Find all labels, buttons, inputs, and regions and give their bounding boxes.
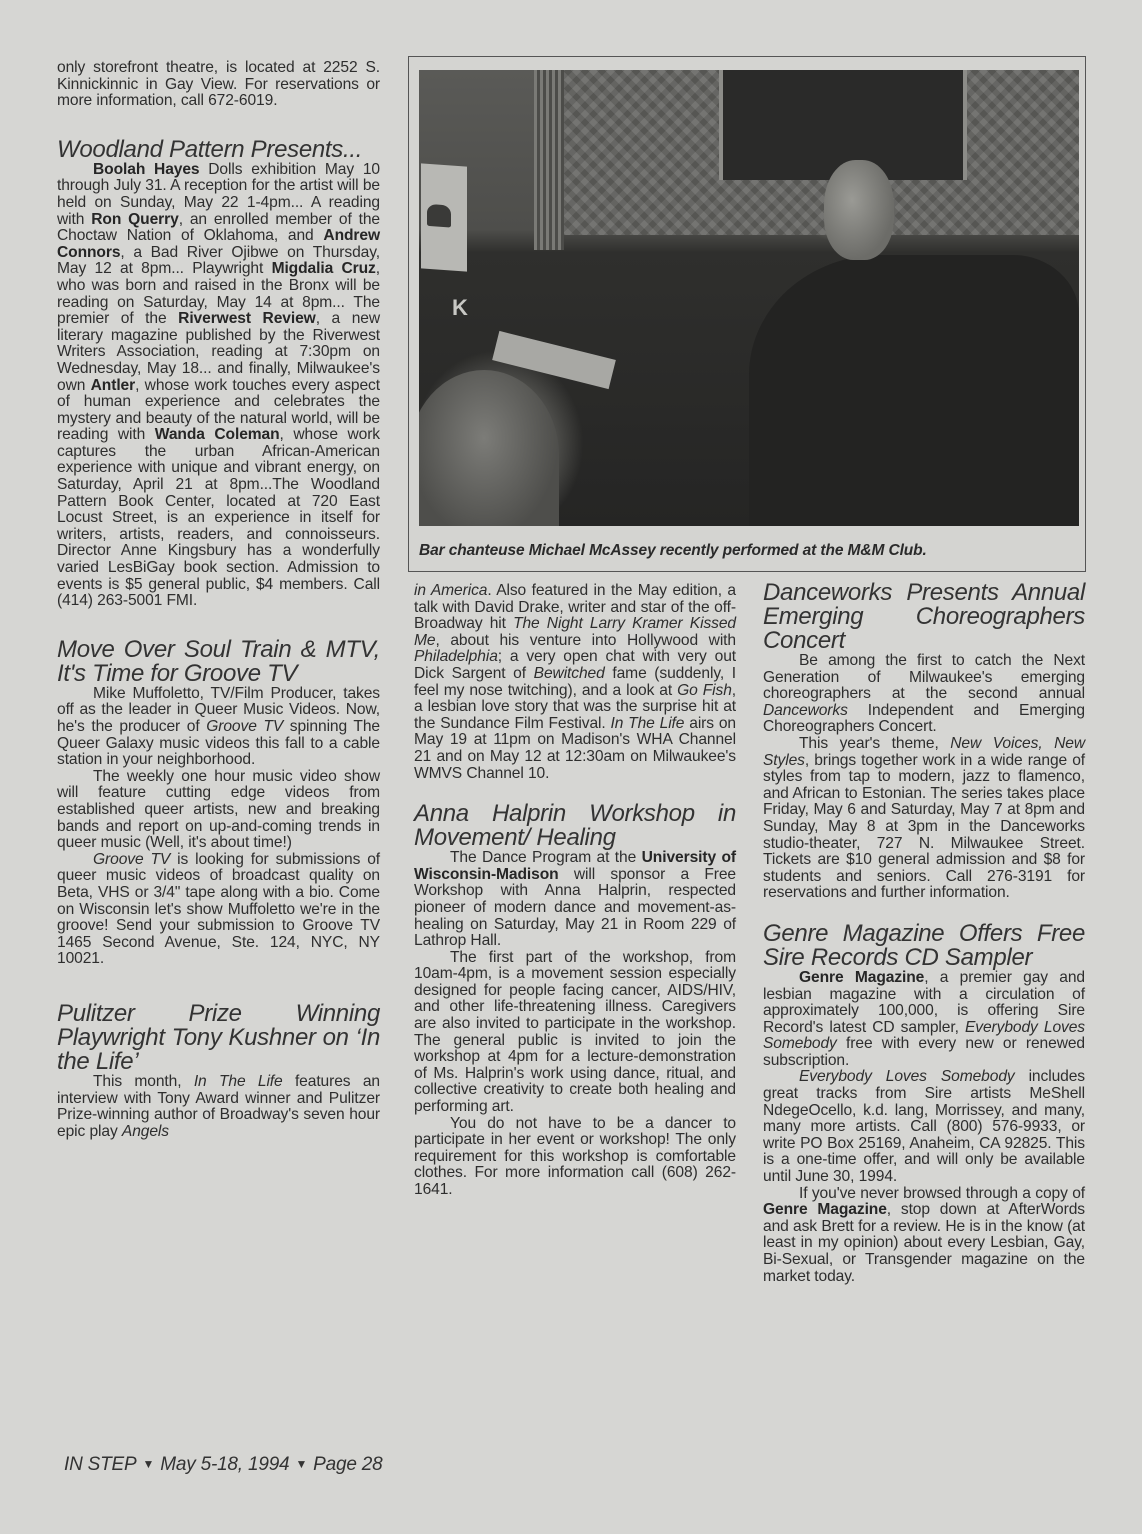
kushner-headline: Pulitzer Prize Winning Playwright Tony K…	[57, 1002, 380, 1074]
groove-paragraph-3: Groove TV is looking for submissions of …	[57, 852, 380, 968]
halprin-headline: Anna Halprin Workshop in Movement/ Heali…	[414, 802, 736, 850]
theatre-article-continuation: only storefront theatre, is located at 2…	[57, 60, 380, 110]
audience-member	[419, 370, 559, 526]
danceworks-headline: Danceworks Presents Annual Emerging Chor…	[763, 581, 1085, 653]
groove-paragraph-1: Mike Muffoletto, TV/Film Producer, takes…	[57, 686, 380, 769]
danceworks-paragraph-2: This year's theme, New Voices, New Style…	[763, 736, 1085, 902]
kushner-continuation: in America. Also featured in the May edi…	[414, 583, 736, 782]
genre-paragraph-1: Genre Magazine, a premier gay and lesbia…	[763, 970, 1085, 1070]
sign-letter: K	[452, 295, 468, 321]
performer-photo: K	[419, 70, 1079, 526]
photo-caption: Bar chanteuse Michael McAssey recently p…	[419, 542, 927, 560]
newspaper-page: only storefront theatre, is located at 2…	[0, 0, 1142, 1534]
halprin-paragraph-3: You do not have to be a dancer to partic…	[414, 1116, 736, 1199]
genre-paragraph-2: Everybody Loves Somebody includes great …	[763, 1069, 1085, 1185]
photo-frame: K Bar chanteuse Michael McAssey recently…	[408, 56, 1086, 572]
name-migdalia-cruz: Migdalia Cruz	[272, 260, 376, 277]
name-boolah-hayes: Boolah Hayes	[93, 161, 199, 178]
name-wanda-coleman: Wanda Coleman	[155, 426, 280, 443]
halprin-paragraph-2: The first part of the workshop, from 10a…	[414, 950, 736, 1116]
woodland-headline: Woodland Pattern Presents...	[57, 138, 380, 162]
poster-image	[421, 163, 467, 271]
issue-date: May 5-18, 1994	[160, 1454, 289, 1475]
column-right: Danceworks Presents Annual Emerging Chor…	[763, 581, 1085, 1285]
column-middle: in America. Also featured in the May edi…	[414, 583, 736, 1199]
genre-paragraph-3: If you've never browsed through a copy o…	[763, 1186, 1085, 1286]
page-number: Page 28	[313, 1454, 382, 1475]
woodland-paragraph: Boolah Hayes Dolls exhibition May 10 thr…	[57, 162, 380, 610]
genre-headline: Genre Magazine Offers Free Sire Records …	[763, 922, 1085, 970]
halprin-paragraph-1: The Dance Program at the University of W…	[414, 850, 736, 950]
triangle-separator-icon: ▼	[295, 1457, 307, 1471]
groove-headline: Move Over Soul Train & MTV, It's Time fo…	[57, 638, 380, 686]
groove-paragraph-2: The weekly one hour music video show wil…	[57, 769, 380, 852]
singer-figure	[824, 160, 894, 260]
column-left: only storefront theatre, is located at 2…	[57, 60, 380, 1140]
triangle-separator-icon: ▼	[143, 1457, 155, 1471]
name-riverwest-review: Riverwest Review	[178, 310, 316, 327]
publication-name: IN STEP	[64, 1454, 137, 1475]
page-footer: IN STEP▼May 5-18, 1994▼Page 28	[64, 1454, 383, 1476]
name-antler: Antler	[91, 377, 135, 394]
kushner-paragraph: This month, In The Life features an inte…	[57, 1074, 380, 1140]
danceworks-paragraph-1: Be among the first to catch the Next Gen…	[763, 653, 1085, 736]
name-ron-querry: Ron Querry	[91, 211, 178, 228]
